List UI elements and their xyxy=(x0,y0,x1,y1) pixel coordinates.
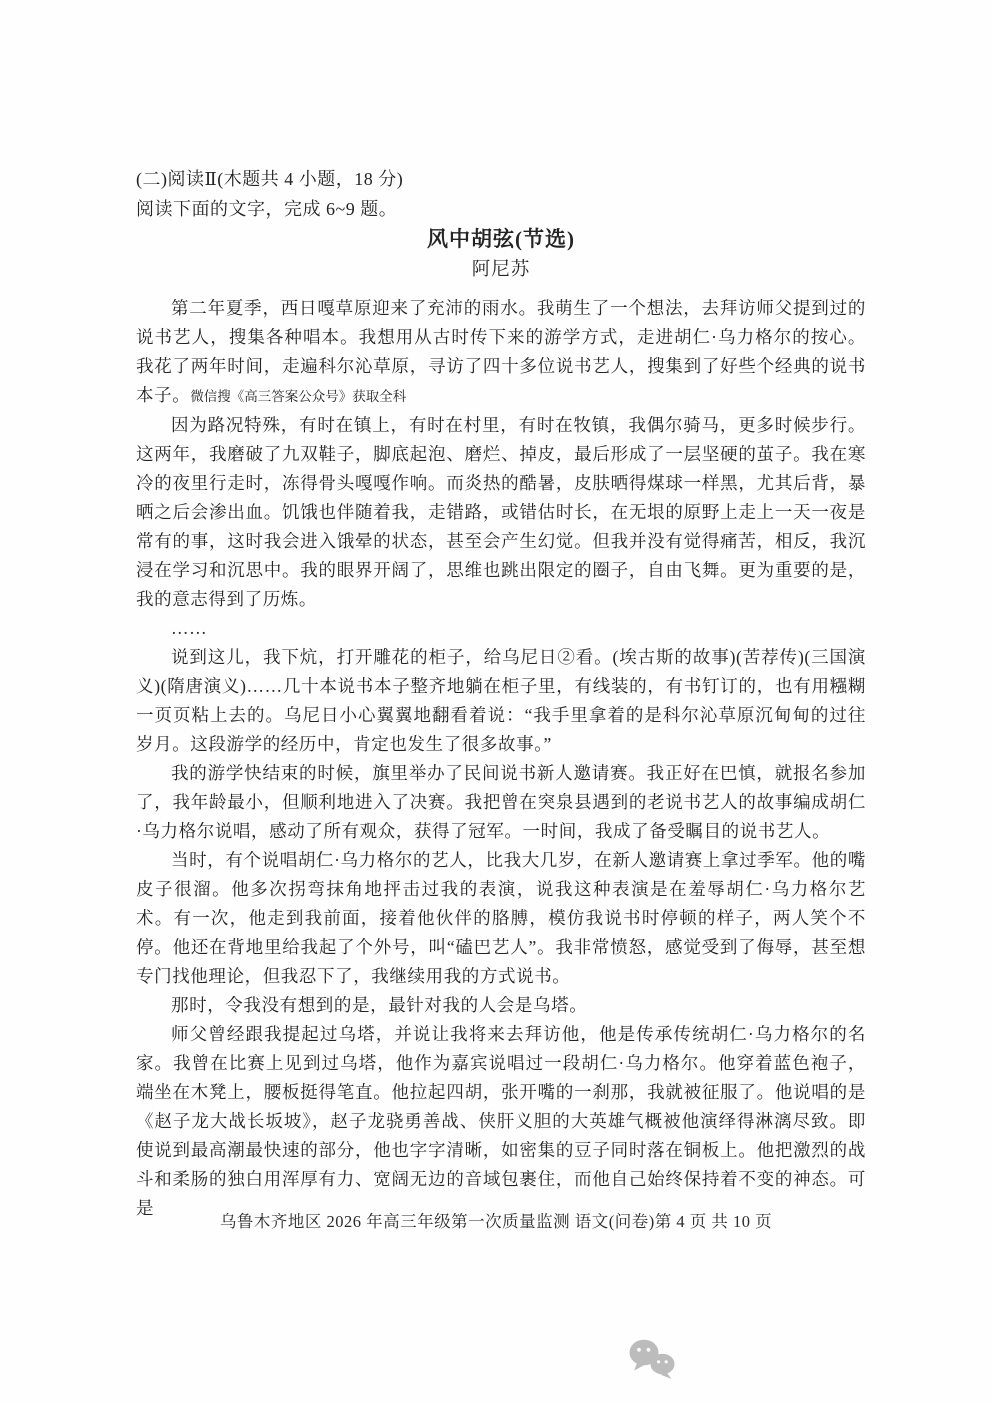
paragraph-1: 第二年夏季，西日嘎草原迎来了充沛的雨水。我萌生了一个想法，去拜访师父提到过的说书… xyxy=(136,294,866,411)
paragraph-3: 说到这儿，我下炕，打开雕花的柜子，给乌尼日②看。(埃古斯的故事)(苦荐传)(三国… xyxy=(136,643,866,759)
section-header: (二)阅读Ⅱ(木题共 4 小题，18 分) xyxy=(136,164,866,194)
page-footer: 乌鲁木齐地区 2026 年高三年级第一次质量监测 语文(问卷)第 4 页 共 1… xyxy=(0,1208,992,1232)
paragraph-6: 那时，令我没有想到的是，最针对我的人会是乌塔。 xyxy=(136,991,866,1020)
wechat-icon xyxy=(626,1336,680,1382)
paragraph-2: 因为路况特殊，有时在镇上，有时在村里，有时在牧镇，我偶尔骑马，更多时候步行。这两… xyxy=(136,411,866,614)
passage-author: 阿尼苏 xyxy=(136,255,866,285)
passage-content: (二)阅读Ⅱ(木题共 4 小题，18 分) 阅读下面的文字，完成 6~9 题。 … xyxy=(136,164,866,1223)
reading-instruction: 阅读下面的文字，完成 6~9 题。 xyxy=(136,194,866,224)
exam-page: (二)阅读Ⅱ(木题共 4 小题，18 分) 阅读下面的文字，完成 6~9 题。 … xyxy=(0,0,992,1403)
paragraph-5: 当时，有个说唱胡仁·乌力格尔的艺人，比我大几岁，在新人邀请赛上拿过季军。他的嘴皮… xyxy=(136,846,866,991)
watermark-text: 微信搜《高三答案公众号》获取全科 xyxy=(190,389,406,404)
paragraph-4: 我的游学快结束的时候，旗里举办了民间说书新人邀请赛。我正好在巴慎，就报名参加了，… xyxy=(136,759,866,846)
passage-title: 风中胡弦(节选) xyxy=(136,224,866,255)
paragraph-7: 师父曾经跟我提起过乌塔，并说让我将来去拜访他，他是传承传统胡仁·乌力格尔的名家。… xyxy=(136,1020,866,1223)
ellipsis-line: …… xyxy=(136,614,866,643)
